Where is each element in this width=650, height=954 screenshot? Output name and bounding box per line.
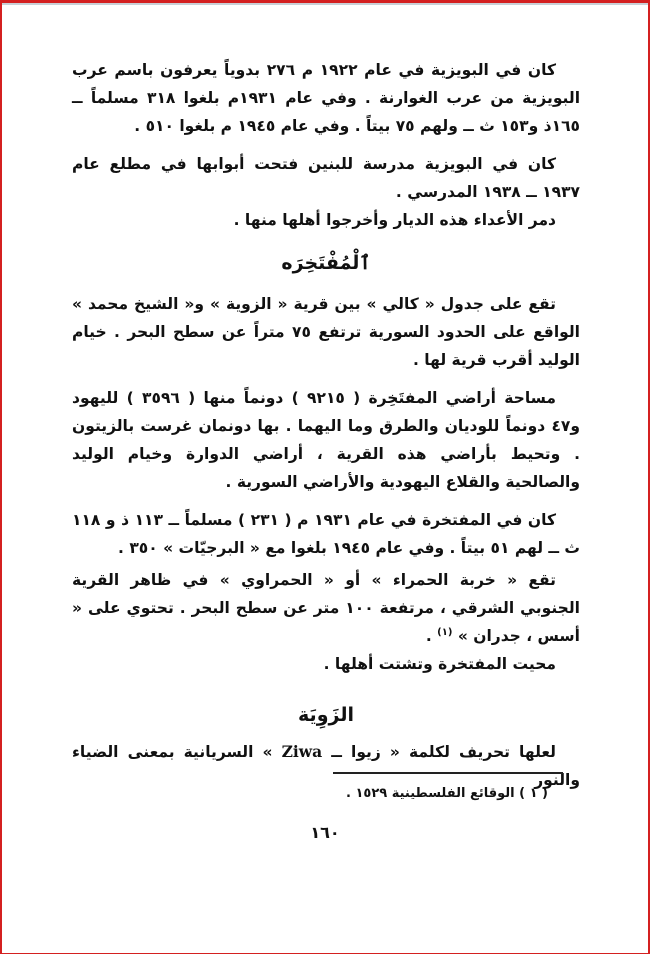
footnote-marker: (١) (437, 627, 452, 638)
top-edge-shade (2, 3, 648, 5)
paragraph-muftakhira-population: كان في المفتخرة في عام ١٩٣١ م ( ٢٣١ ) مس… (72, 506, 580, 562)
paragraph-buwaiziya-population: كان في البويزية في عام ١٩٢٢ م ٢٧٦ بدوياً… (72, 56, 580, 140)
paragraph-muftakhira-area: مساحة أراضي المفتَخِرة ( ٩٢١٥ ) دونماً م… (72, 384, 580, 496)
section-heading-zawiya: الزَوِيَة (72, 700, 580, 730)
paragraph-muftakhira-location: تقع على جدول « كالي » بين قرية « الزوية … (72, 290, 580, 374)
paragraph-buwaiziya-destroyed: دمر الأعداء هذه الديار وأخرجوا أهلها منه… (72, 206, 580, 234)
footnote-1: ( ١ ) الوقائع الفلسطينية ١٥٢٩ . (346, 786, 548, 801)
paragraph-khirbet-hamra-text: تقع « خربة الحمراء » أو « الحمراوي » في … (72, 571, 580, 645)
section-heading-muftakhira: ٱلْمُفْتَخِرَه (72, 248, 580, 278)
zawiya-latin-word: Ziwa (282, 742, 323, 761)
paragraph-muftakhira-destroyed: محيت المفتخرة وتشتت أهلها . (72, 650, 580, 678)
document-page: كان في البويزية في عام ١٩٢٢ م ٢٧٦ بدوياً… (72, 56, 580, 794)
footnote-separator (333, 772, 563, 774)
zawiya-text-part-1: لعلها تحريف لكلمة « زيوا ــ (322, 743, 556, 761)
page-number: ١٦٠ (0, 823, 650, 842)
paragraph-khirbet-hamra: تقع « خربة الحمراء » أو « الحمراوي » في … (72, 566, 580, 650)
paragraph-buwaiziya-school: كان في البويزية مدرسة للبنين فتحت أبوابه… (72, 150, 580, 206)
